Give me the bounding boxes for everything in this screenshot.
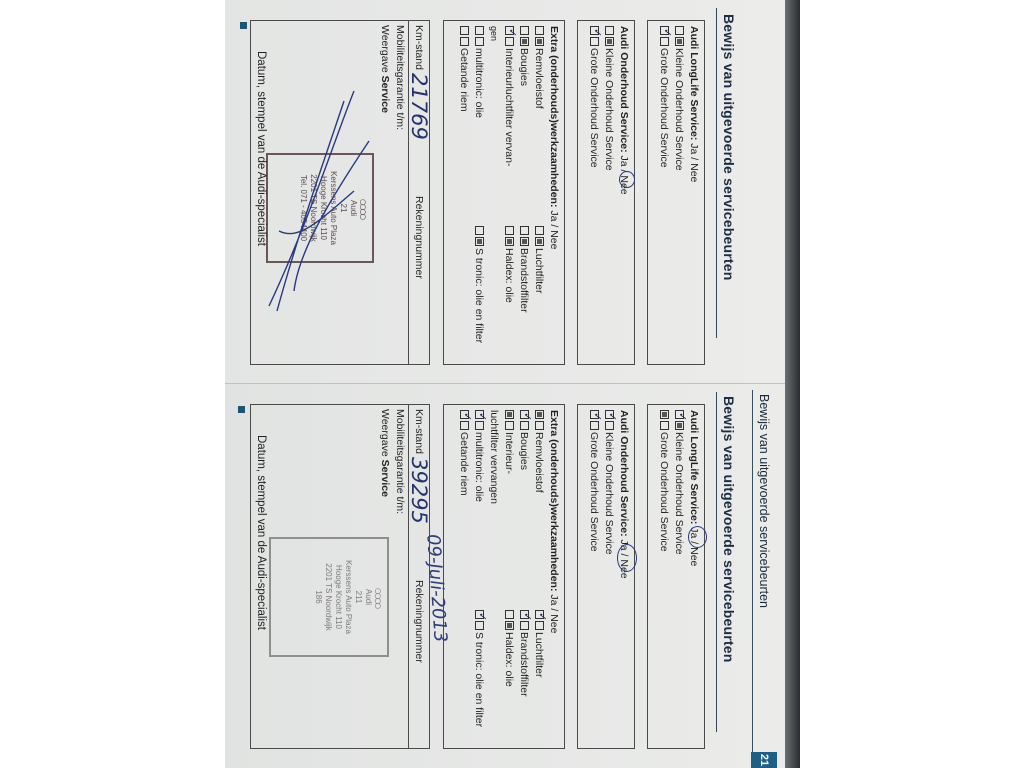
km-section: Km-stand 39295 Rekeningnummer Mobiliteit…	[250, 404, 430, 749]
checkbox-item[interactable]: Grote Onderhoud Service	[656, 410, 671, 743]
signature	[259, 81, 389, 321]
checkbox-item[interactable]: ✓Brandstoffilter	[516, 610, 531, 727]
checkbox-item[interactable]: ✓Bougies	[516, 410, 531, 610]
checkbox[interactable]	[675, 37, 684, 46]
checkbox-item[interactable]: S tronic: olie en filter	[471, 226, 486, 343]
km-section: Km-stand 21769 Rekeningnummer Mobiliteit…	[250, 20, 430, 365]
mobility-label: Mobiliteitsgarantie t/m:	[394, 25, 406, 130]
marker-square	[240, 22, 247, 29]
checkbox-item[interactable]: ✓multitronic: olie	[471, 410, 486, 610]
page-left: Bewijs van uitgevoerde servicebeurten Au…	[225, 0, 785, 384]
onderhoud-section: Audi Onderhoud Service: Ja / Nee ✓Kleine…	[577, 404, 635, 749]
checkbox-item[interactable]: ✓Grote Onderhoud Service	[586, 410, 601, 743]
page-heading: Bewijs van uitgevoerde servicebeurten	[721, 396, 737, 663]
handwritten-circle-mark	[619, 171, 635, 188]
heading-underline	[716, 8, 717, 338]
checkbox-item[interactable]: Luchtfilter	[531, 226, 546, 343]
handwritten-check-icon: ✓	[504, 28, 519, 37]
longlife-section: Audi LongLife Service: Ja / Nee ✓Kleine …	[647, 404, 705, 749]
handwritten-circle-mark	[617, 544, 637, 572]
checkbox-item[interactable]: ✓Grote Onderhoud Service	[586, 26, 601, 359]
km-value: 39295	[407, 457, 431, 524]
km-row: Km-stand 21769 Rekeningnummer	[408, 21, 429, 364]
handwritten-circle-mark	[688, 526, 707, 548]
mobility-label: Mobiliteitsgarantie t/m:	[394, 409, 406, 514]
handwritten-check-icon: ✓	[589, 28, 604, 37]
audi-rings-icon: ○○○○	[373, 539, 383, 655]
km-label: Km-stand	[413, 25, 425, 70]
page-heading: Bewijs van uitgevoerde servicebeurten	[721, 14, 737, 281]
checkbox-item[interactable]: ✓Kleine Onderhoud Service	[671, 410, 686, 743]
handwritten-check-icon: ✓	[589, 412, 604, 421]
checkbox-item[interactable]: ✓Kleine Onderhoud Service	[601, 410, 616, 743]
dealer-stamp: ○○○○ Audi 211 Kerssens Auto Plaza Hooge …	[269, 537, 389, 657]
checkbox-item[interactable]: multitronic: olie	[471, 26, 486, 226]
handwritten-check-icon: ✓	[604, 412, 619, 421]
extra-section: Extra (onderhouds)werkzaamheden: Ja / Ne…	[443, 404, 565, 749]
extra-section: Extra (onderhouds)werkzaamheden: Ja / Ne…	[443, 20, 565, 365]
book-edge	[785, 0, 800, 768]
km-label: Km-stand	[413, 409, 425, 454]
checkbox-item[interactable]: Getande riem	[456, 26, 471, 226]
background-right	[800, 0, 1024, 768]
invoice-label: Rekeningnummer	[413, 580, 425, 663]
checkbox-item[interactable]: ✓Interieurluchtfilter vervan-	[501, 26, 516, 226]
page-right: Bewijs van uitgevoerde servicebeurten Au…	[225, 384, 785, 768]
marker-square	[238, 406, 245, 413]
checkbox-item[interactable]: Remvloeistof	[531, 26, 546, 226]
checkbox-item[interactable]: Bougies	[516, 26, 531, 226]
checkbox-item[interactable]: Kleine Onderhoud Service	[601, 26, 616, 359]
checkbox[interactable]	[605, 26, 614, 35]
checkbox-item[interactable]: Kleine Onderhoud Service	[671, 26, 686, 359]
running-header-line	[752, 390, 753, 760]
km-value: 21769	[407, 73, 431, 140]
checkbox[interactable]	[605, 37, 614, 46]
checkbox-item[interactable]: Haldex: olie	[501, 226, 516, 343]
label-continuation: gen	[486, 26, 501, 226]
longlife-section: Audi LongLife Service: Ja / Nee Kleine O…	[647, 20, 705, 365]
checkbox[interactable]	[590, 37, 599, 46]
heading-underline	[716, 392, 717, 732]
date-stamp-label: Datum, stempel van de Audi-specialist	[255, 435, 267, 630]
checkbox-item[interactable]: ✓Grote Onderhoud Service	[656, 26, 671, 359]
checkbox-item[interactable]: Brandstoffilter	[516, 226, 531, 343]
invoice-label: Rekeningnummer	[413, 196, 425, 279]
checkbox-item[interactable]: Interieur-	[501, 410, 516, 610]
checkbox[interactable]	[675, 26, 684, 35]
checkbox-item[interactable]: ✓Getande riem	[456, 410, 471, 610]
background-left	[0, 0, 225, 768]
onderhoud-section: Audi Onderhoud Service: Ja / Nee Kleine …	[577, 20, 635, 365]
service-book-spread: Bewijs van uitgevoerde servicebeurten Au…	[225, 0, 785, 768]
running-header: Bewijs van uitgevoerde servicebeurten	[757, 394, 771, 754]
handwritten-check-icon: ✓	[659, 28, 674, 37]
page-number-tab: 21	[751, 752, 777, 768]
longlife-title: Audi LongLife Service: Ja / Nee	[686, 26, 701, 359]
date-stamp-label: Datum, stempel van de Audi-specialist	[255, 51, 267, 246]
onderhoud-title: Audi Onderhoud Service: Ja / Nee	[616, 26, 631, 359]
checkbox-item[interactable]: ✓Luchtfilter	[531, 610, 546, 727]
checkbox-item[interactable]: Remvloeistof	[531, 410, 546, 610]
label-continuation: luchtfilter vervangen	[486, 410, 501, 610]
checkbox[interactable]	[660, 37, 669, 46]
handwritten-check-icon: ✓	[674, 412, 689, 421]
checkbox-item[interactable]: Haldex: olie	[501, 610, 516, 727]
display-label: Weergave Service	[379, 409, 391, 497]
extra-title: Extra (onderhouds)werkzaamheden: Ja / Ne…	[546, 26, 561, 359]
checkbox-item[interactable]: ✓S tronic: olie en filter	[471, 610, 486, 727]
